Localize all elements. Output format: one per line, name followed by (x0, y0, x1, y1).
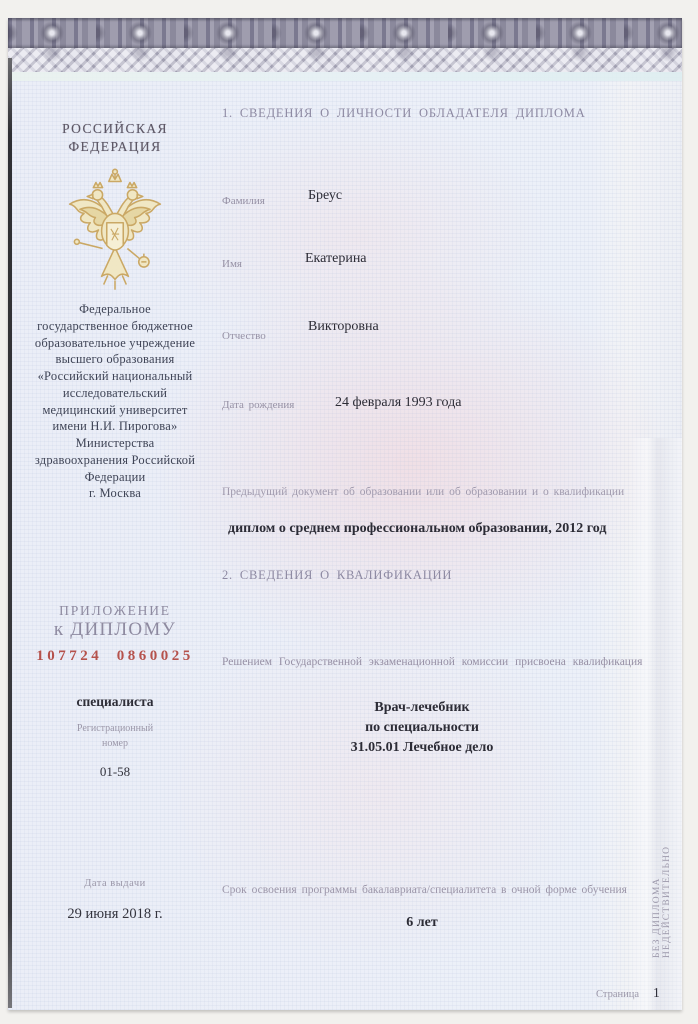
institution-line: высшего образования (14, 351, 216, 368)
institution-line: государственное бюджетное (14, 318, 216, 335)
invalid-without-diploma-note: БЕЗ ДИПЛОМА НЕДЕЙСТВИТЕЛЬНО (652, 786, 666, 958)
section2-title: 2. СВЕДЕНИЯ О КВАЛИФИКАЦИИ (222, 568, 672, 583)
patronymic-label: Отчество (222, 330, 266, 342)
study-period-value: 6 лет (222, 915, 622, 931)
previous-education-value: диплом о среднем профессиональном образо… (228, 521, 668, 537)
surname-value: Бреус (308, 188, 342, 204)
surname-label: Фамилия (222, 195, 265, 207)
issue-date: 29 июня 2018 г. (20, 906, 210, 923)
ornamental-band-aqua (8, 72, 682, 81)
degree-type: специалиста (20, 694, 210, 710)
page-left-edge (8, 58, 12, 1008)
qualification-line: по специальности (222, 718, 622, 738)
institution-line: г. Москва (14, 485, 216, 502)
document-page: РОССИЙСКАЯ ФЕДЕРАЦИЯ (8, 18, 682, 1010)
qualification-awarded: Врач-лечебник по специальности 31.05.01 … (222, 698, 622, 758)
institution-line: Федеральное (14, 301, 216, 318)
diploma-supplement-scan: РОССИЙСКАЯ ФЕДЕРАЦИЯ (0, 0, 698, 1024)
ornamental-band-light (8, 48, 682, 72)
name-value: Екатерина (305, 251, 367, 267)
qualification-line: 31.05.01 Лечебное дело (222, 738, 622, 758)
coat-of-arms-icon (63, 166, 167, 303)
birthdate-value: 24 февраля 1993 года (335, 395, 462, 411)
institution-line: Федерации (14, 469, 216, 486)
supplement-title-line2: к ДИПЛОМУ (20, 619, 210, 641)
registration-number-label-line2: номер (20, 737, 210, 752)
registration-number: 01-58 (20, 764, 210, 780)
institution-line: Министерства (14, 435, 216, 452)
qualification-intro: Решением Государственной экзаменационной… (222, 656, 684, 668)
ornamental-band-dark (8, 18, 682, 48)
institution-line: имени Н.И. Пирогова» (14, 418, 216, 435)
diploma-serial-number: 107724 0860025 (20, 648, 210, 665)
institution-line: здравоохранения Российской (14, 452, 216, 469)
institution-line: образовательное учреждение (14, 335, 216, 352)
registration-number-label-line1: Регистрационный (20, 722, 210, 737)
page-number: 1 (653, 985, 660, 1001)
name-label: Имя (222, 258, 242, 270)
page-footer: Страница 1 (596, 985, 660, 1001)
issue-date-label: Дата выдачи (20, 878, 210, 889)
patronymic-value: Викторовна (308, 319, 379, 335)
birthdate-label: Дата рождения (222, 399, 294, 411)
registration-number-label: Регистрационный номер (20, 722, 210, 751)
section1-title: 1. СВЕДЕНИЯ О ЛИЧНОСТИ ОБЛАДАТЕЛЯ ДИПЛОМ… (222, 106, 672, 121)
institution-line: исследовательский (14, 385, 216, 402)
study-period-label: Срок освоения программы бакалавриата/спе… (222, 884, 686, 896)
institution-line: медицинский университет (14, 402, 216, 419)
supplement-title-line1: ПРИЛОЖЕНИЕ (20, 603, 210, 619)
country-line1: РОССИЙСКАЯ (20, 120, 210, 138)
country-line2: ФЕДЕРАЦИЯ (20, 138, 210, 156)
page-label: Страница (596, 989, 639, 1000)
qualification-line: Врач-лечебник (222, 698, 622, 718)
previous-education-label: Предыдущий документ об образовании или о… (222, 486, 682, 498)
institution-name: Федеральное государственное бюджетное об… (14, 301, 216, 502)
institution-line: «Российский национальный (14, 368, 216, 385)
country-name: РОССИЙСКАЯ ФЕДЕРАЦИЯ (20, 120, 210, 155)
